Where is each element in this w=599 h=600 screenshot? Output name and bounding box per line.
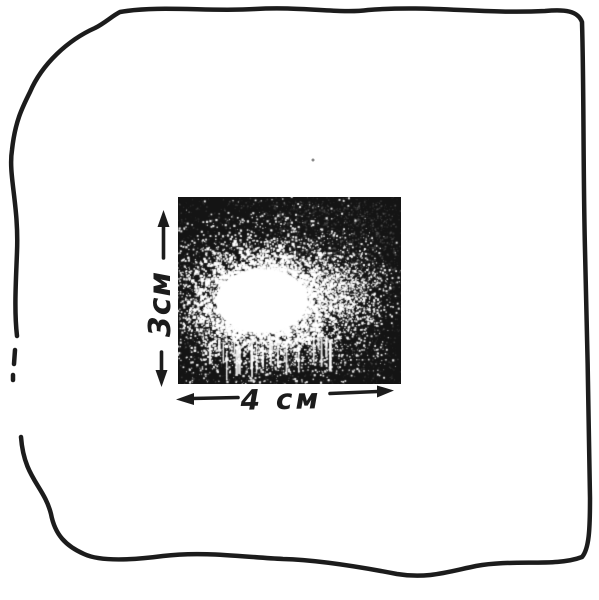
width-dimension-label: 4 см <box>240 385 321 414</box>
dimension-arrow-down-icon <box>156 370 168 387</box>
hand-drawn-border-dash <box>14 350 15 364</box>
horizontal-dimension-right-line <box>330 392 378 394</box>
dimension-arrow-up-icon <box>158 210 170 227</box>
beam-spot-photo <box>178 197 401 384</box>
dimension-arrow-left-icon <box>176 393 194 405</box>
horizontal-dimension-left-line <box>192 398 238 399</box>
dimension-arrow-right-icon <box>377 386 394 398</box>
figure-page: 3см 4 см <box>0 0 599 600</box>
scan-speck <box>312 159 315 162</box>
height-dimension-label: 3см <box>146 271 176 337</box>
